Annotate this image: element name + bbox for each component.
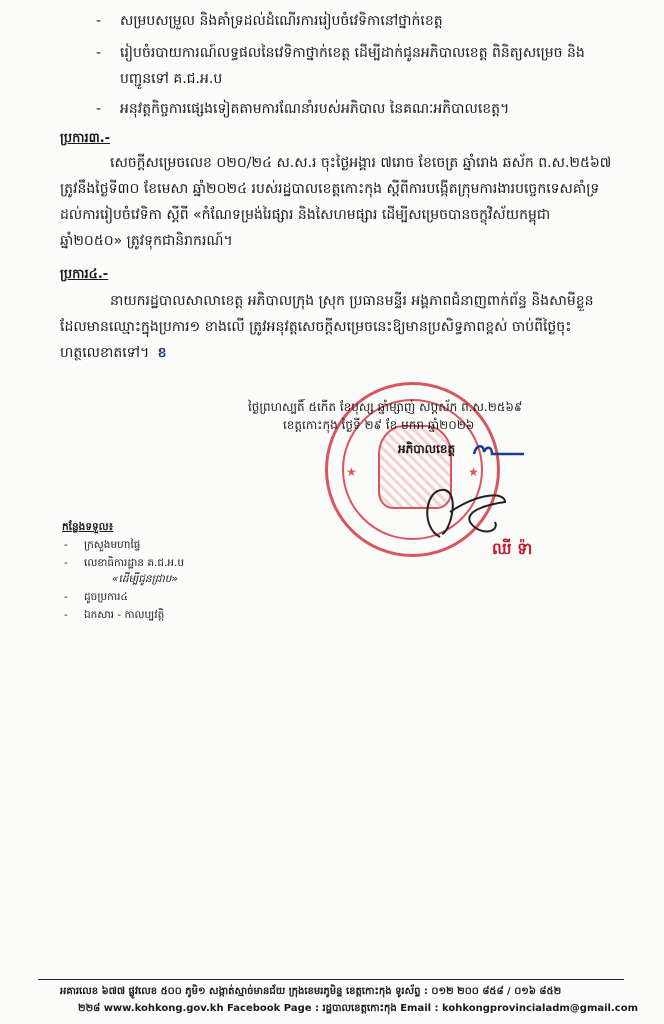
dateline-solar: ខេត្តកោះកុង ថ្ងៃទី ២៩ ខែ មករា ឆ្នាំ២០២៦ (283, 418, 474, 433)
article-4-line: ហត្ថលេខាតទៅ។ (60, 345, 149, 361)
footer-divider (38, 979, 624, 980)
article-3-heading: ប្រការ៣.- (60, 128, 110, 150)
handwritten-signature (410, 482, 510, 542)
footer-contact: ២២៨ www.kohkong.gov.kh Facebook Page : រ… (78, 1002, 638, 1016)
article-3-line: ដល់ការរៀបចំវេទិកា ស្តីពី «កំណែទម្រង់រៃផ្… (60, 204, 550, 226)
document-page: - សម្របសម្រួល និងគាំទ្រដល់ដំណើរការរៀបចំវ… (0, 0, 664, 1024)
seal-star-icon: ★ (346, 465, 357, 479)
article-4-heading: ប្រការ៤.- (60, 264, 108, 286)
cc-item: លេខាធិការដ្ឋាន គ.ជ.អ.ប (84, 556, 184, 571)
article-4-line: នាយករដ្ឋបាលសាលាខេត្ត អភិបាលក្រុង ស្រុក ប… (110, 290, 594, 312)
footer-address: អគារលេខ ៦៧៧ ផ្លូវលេខ ៥០០ ភូមិ១ សង្កាត់ស្… (60, 985, 561, 999)
bullet-dash: - (96, 42, 101, 64)
bullet-item: អនុវត្តកិច្ចការផ្សេងទៀតតាមការណែនាំរបស់អភ… (120, 98, 509, 120)
cc-title: កន្លែងទទួល៖ (62, 520, 113, 535)
bullet-dash: - (96, 98, 101, 120)
article-3-line: ឆ្នាំ២០៥០» ត្រូវទុកជានិរាករណ៍។ (60, 230, 233, 252)
seal-star-icon: ★ (468, 465, 479, 479)
initial-mark: ខ (158, 345, 167, 361)
cc-item: ក្រសួងមហាផ្ទៃ (84, 538, 140, 553)
bullet-dash: - (64, 590, 68, 605)
dateline-lunar: ថ្ងៃព្រហស្បតិ៍ ៥កើត ខែបុស្ស ឆ្នាំម្សាញ់ … (248, 400, 522, 415)
bullet-item: សម្របសម្រួល និងគាំទ្រដល់ដំណើរការរៀបចំវេទ… (120, 10, 443, 32)
bullet-item-continuation: បញ្ជូនទៅ គ.ជ.អ.ប (120, 68, 222, 90)
bullet-dash: - (96, 10, 101, 32)
article-3-line: សេចក្តីសម្រេចលេខ ០២០/២៤ ស.ស.រ ចុះថ្ងៃអង្… (110, 152, 611, 174)
bullet-dash: - (64, 608, 68, 623)
initial-signature (470, 436, 530, 460)
signatory-title: អភិបាលខេត្ត (398, 438, 455, 460)
bullet-item: រៀបចំរបាយការណ៍លទ្ធផលនៃវេទិកាថ្នាក់ខេត្ត … (120, 42, 585, 64)
article-4-line: ដែលមានឈ្មោះក្នុងប្រការ១ ខាងលើ ត្រូវអនុវត… (60, 316, 571, 338)
cc-item: ឯកសារ - កាលប្បវត្តិ (84, 608, 164, 623)
cc-item-note: «ដើម្បីជូនជ្រាប» (112, 572, 178, 587)
bullet-dash: - (64, 538, 68, 553)
signatory-name: ឈី ទ៉ា (492, 538, 532, 560)
article-3-line: ត្រូវនឹងថ្ងៃទី៣០ ខែមេសា ឆ្នាំ២០២៤ របស់រដ… (60, 178, 599, 200)
cc-item: ដូចប្រការ៤ (84, 590, 128, 605)
bullet-dash: - (64, 556, 68, 571)
